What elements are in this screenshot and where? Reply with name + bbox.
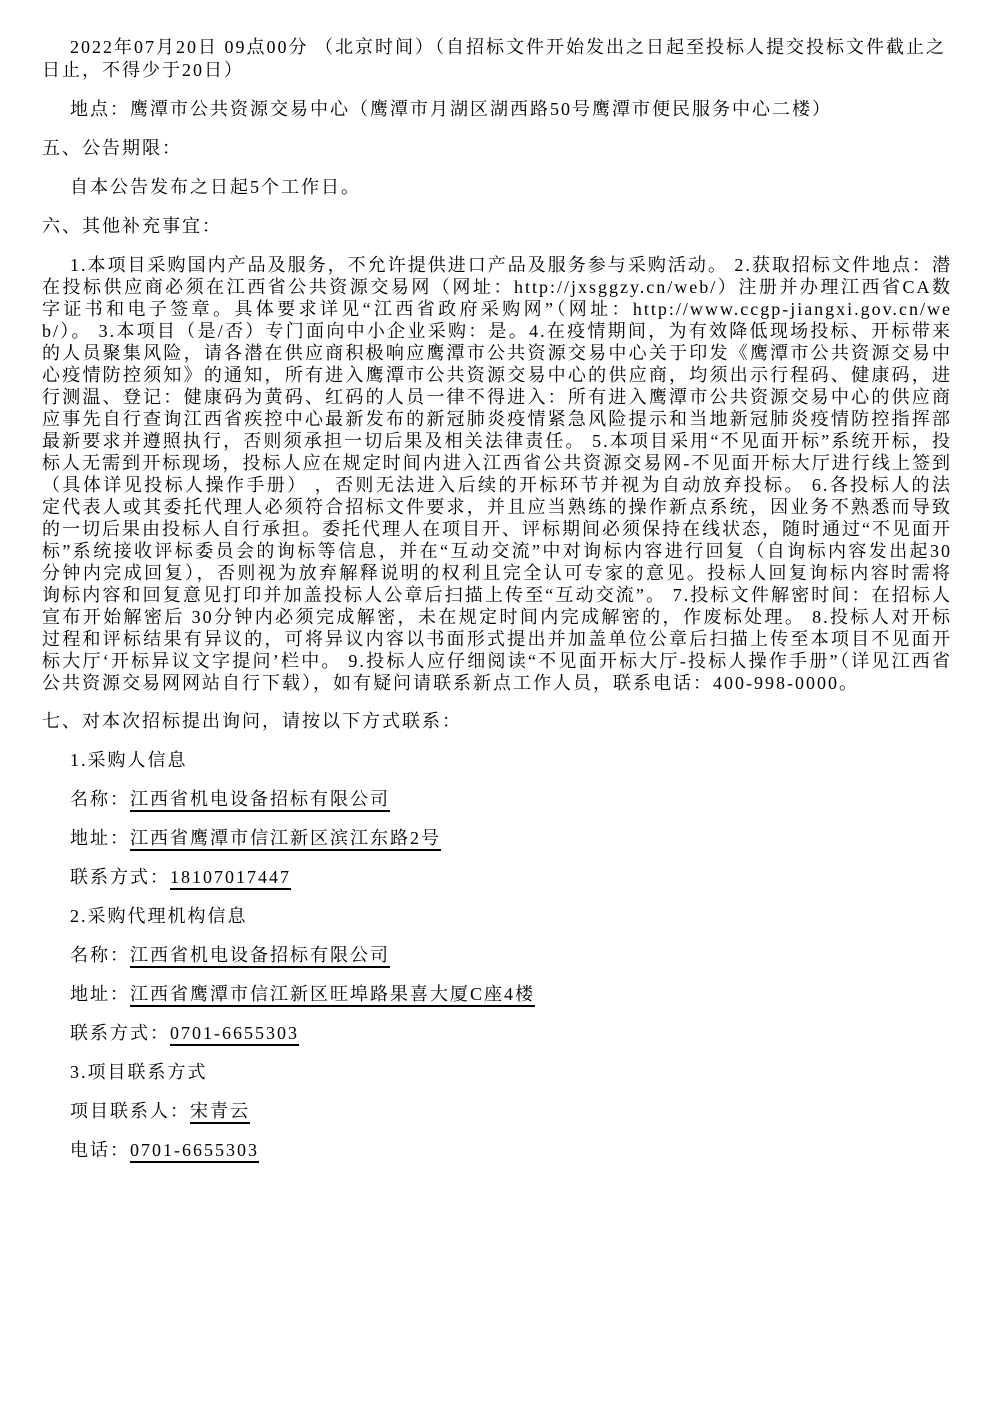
purchaser-info-title: 1.采购人信息 xyxy=(42,749,952,772)
project-contact-person-label: 项目联系人： xyxy=(70,1101,190,1121)
agency-address-value: 江西省鹰潭市信江新区旺埠路果喜大厦C座4楼 xyxy=(130,984,535,1007)
other-matters-heading: 六、其他补充事宜： xyxy=(42,215,952,238)
purchaser-address-value: 江西省鹰潭市信江新区滨江东路2号 xyxy=(130,828,441,851)
project-contact-person-value: 宋青云 xyxy=(190,1101,250,1124)
project-contact-person-row: 项目联系人：宋青云 xyxy=(42,1100,952,1123)
project-phone-value: 0701-6655303 xyxy=(130,1140,259,1163)
bid-deadline-paragraph: 2022年07月20日 09点00分 （北京时间）（自招标文件开始发出之日起至投… xyxy=(42,36,952,82)
purchaser-name-label: 名称： xyxy=(70,789,130,809)
agency-contact-row: 联系方式：0701-6655303 xyxy=(42,1022,952,1045)
inquiry-contact-heading: 七、对本次招标提出询问，请按以下方式联系： xyxy=(42,710,952,733)
agency-contact-value: 0701-6655303 xyxy=(170,1023,299,1046)
agency-name-label: 名称： xyxy=(70,945,130,965)
purchaser-address-label: 地址： xyxy=(70,828,130,848)
other-matters-body: 1.本项目采购国内产品及服务，不允许提供进口产品及服务参与采购活动。 2.获取招… xyxy=(42,254,952,694)
document-page: 2022年07月20日 09点00分 （北京时间）（自招标文件开始发出之日起至投… xyxy=(0,0,992,1403)
announcement-period-heading: 五、公告期限： xyxy=(42,137,952,160)
agency-name-row: 名称：江西省机电设备招标有限公司 xyxy=(42,944,952,967)
project-phone-label: 电话： xyxy=(70,1140,130,1160)
bid-location-paragraph: 地点：鹰潭市公共资源交易中心（鹰潭市月湖区湖西路50号鹰潭市便民服务中心二楼） xyxy=(42,98,952,121)
project-contact-title: 3.项目联系方式 xyxy=(42,1061,952,1084)
project-phone-row: 电话：0701-6655303 xyxy=(42,1139,952,1162)
agency-info-title: 2.采购代理机构信息 xyxy=(42,905,952,928)
purchaser-contact-label: 联系方式： xyxy=(70,867,170,887)
agency-address-label: 地址： xyxy=(70,984,130,1004)
purchaser-name-row: 名称：江西省机电设备招标有限公司 xyxy=(42,788,952,811)
purchaser-address-row: 地址：江西省鹰潭市信江新区滨江东路2号 xyxy=(42,827,952,850)
announcement-period-body: 自本公告发布之日起5个工作日。 xyxy=(42,176,952,199)
purchaser-contact-value: 18107017447 xyxy=(170,867,291,890)
agency-contact-label: 联系方式： xyxy=(70,1023,170,1043)
purchaser-name-value: 江西省机电设备招标有限公司 xyxy=(130,789,390,812)
agency-name-value: 江西省机电设备招标有限公司 xyxy=(130,945,390,968)
purchaser-contact-row: 联系方式：18107017447 xyxy=(42,866,952,889)
agency-address-row: 地址：江西省鹰潭市信江新区旺埠路果喜大厦C座4楼 xyxy=(42,983,952,1006)
